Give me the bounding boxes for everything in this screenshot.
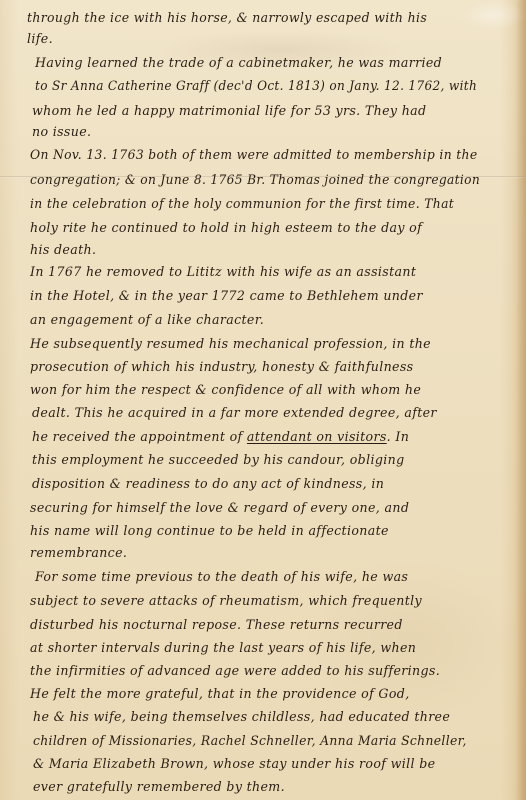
manuscript-line-text: ever gratefully remembered by them. <box>33 779 285 794</box>
manuscript-line: to Sr Anna Catherine Graff (dec'd Oct. 1… <box>35 78 477 93</box>
manuscript-line: remembrance. <box>30 545 127 560</box>
manuscript-line-text: In 1767 he removed to Lititz with his wi… <box>30 264 416 279</box>
manuscript-line: congregation; & on June 8. 1765 Br. Thom… <box>30 172 480 187</box>
manuscript-page: through the ice with his horse, & narrow… <box>0 0 526 800</box>
manuscript-line: ever gratefully remembered by them. <box>33 779 285 794</box>
manuscript-line-text: He felt the more grateful, that in the p… <box>30 686 410 701</box>
manuscript-line: at shorter intervals during the last yea… <box>30 640 416 655</box>
paper-edge-shadow <box>516 0 526 800</box>
manuscript-line: an engagement of a like character. <box>30 312 264 327</box>
manuscript-line: On Nov. 13. 1763 both of them were admit… <box>30 147 477 162</box>
manuscript-line: disturbed his nocturnal repose. These re… <box>30 617 403 632</box>
manuscript-line: the infirmities of advanced age were add… <box>30 663 440 678</box>
manuscript-line-text: no issue. <box>32 124 91 139</box>
manuscript-line: children of Missionaries, Rachel Schnell… <box>33 733 467 748</box>
manuscript-line-text: through the ice with his horse, & narrow… <box>27 10 427 25</box>
manuscript-line-text: the infirmities of advanced age were add… <box>30 663 440 678</box>
manuscript-line-text: Having learned the trade of a cabinetmak… <box>35 55 442 70</box>
manuscript-line: his name will long continue to be held i… <box>30 523 389 538</box>
manuscript-line: whom he led a happy matrimonial life for… <box>32 103 426 118</box>
manuscript-line-text: disposition & readiness to do any act of… <box>32 476 384 491</box>
manuscript-line: this employment he succeeded by his cand… <box>32 452 405 467</box>
manuscript-line-text: he & his wife, being themselves childles… <box>33 709 450 724</box>
manuscript-line-text: congregation; & on June 8. 1765 Br. Thom… <box>30 172 480 187</box>
manuscript-line-text: remembrance. <box>30 545 127 560</box>
manuscript-line: holy rite he continued to hold in high e… <box>30 220 422 235</box>
manuscript-line: He felt the more grateful, that in the p… <box>30 686 410 701</box>
manuscript-line-text: For some time previous to the death of h… <box>35 569 408 584</box>
manuscript-line-text: this employment he succeeded by his cand… <box>32 452 405 467</box>
manuscript-line: he received the appointment of attendant… <box>32 429 409 444</box>
manuscript-line: in the celebration of the holy communion… <box>30 196 454 211</box>
manuscript-line: subject to severe attacks of rheumatism,… <box>30 593 422 608</box>
manuscript-line: & Maria Elizabeth Brown, whose stay unde… <box>33 756 435 771</box>
manuscript-line-text: his name will long continue to be held i… <box>30 523 389 538</box>
manuscript-line: won for him the respect & confidence of … <box>30 382 421 397</box>
manuscript-line-text: & Maria Elizabeth Brown, whose stay unde… <box>33 756 435 771</box>
manuscript-line: In 1767 he removed to Lititz with his wi… <box>30 264 416 279</box>
manuscript-line: securing for himself the love & regard o… <box>30 500 409 515</box>
manuscript-line-text: in the Hotel, & in the year 1772 came to… <box>30 288 423 303</box>
manuscript-line: dealt. This he acquired in a far more ex… <box>32 405 437 420</box>
manuscript-line-text: On Nov. 13. 1763 both of them were admit… <box>30 147 477 162</box>
manuscript-line-text: his death. <box>30 242 96 257</box>
manuscript-line-text: in the celebration of the holy communion… <box>30 196 454 211</box>
manuscript-line-text: at shorter intervals during the last yea… <box>30 640 416 655</box>
manuscript-line-text: children of Missionaries, Rachel Schnell… <box>33 733 467 748</box>
manuscript-line-text: . In <box>387 429 410 444</box>
manuscript-line: disposition & readiness to do any act of… <box>32 476 384 491</box>
manuscript-line-text: to Sr Anna Catherine Graff (dec'd Oct. 1… <box>35 78 477 93</box>
manuscript-line-text: dealt. This he acquired in a far more ex… <box>32 405 437 420</box>
manuscript-line: Having learned the trade of a cabinetmak… <box>35 55 442 70</box>
manuscript-line: through the ice with his horse, & narrow… <box>27 10 427 25</box>
manuscript-line: life. <box>27 31 53 46</box>
underlined-phrase: attendant on visitors <box>247 429 387 444</box>
manuscript-line-text: holy rite he continued to hold in high e… <box>30 220 422 235</box>
manuscript-line-text: disturbed his nocturnal repose. These re… <box>30 617 403 632</box>
manuscript-line-text: subject to severe attacks of rheumatism,… <box>30 593 422 608</box>
manuscript-line: He subsequently resumed his mechanical p… <box>30 336 431 351</box>
manuscript-line-text: whom he led a happy matrimonial life for… <box>32 103 426 118</box>
manuscript-line-text: prosecution of which his industry, hones… <box>30 359 414 374</box>
manuscript-line: no issue. <box>32 124 91 139</box>
manuscript-line: his death. <box>30 242 96 257</box>
manuscript-line-text: an engagement of a like character. <box>30 312 264 327</box>
manuscript-line: he & his wife, being themselves childles… <box>33 709 450 724</box>
manuscript-line: prosecution of which his industry, hones… <box>30 359 414 374</box>
manuscript-line-text: he received the appointment of <box>32 429 247 444</box>
manuscript-line-text: won for him the respect & confidence of … <box>30 382 421 397</box>
manuscript-line-text: life. <box>27 31 53 46</box>
manuscript-line: in the Hotel, & in the year 1772 came to… <box>30 288 423 303</box>
manuscript-line-text: securing for himself the love & regard o… <box>30 500 409 515</box>
manuscript-line-text: He subsequently resumed his mechanical p… <box>30 336 431 351</box>
manuscript-line: For some time previous to the death of h… <box>35 569 408 584</box>
